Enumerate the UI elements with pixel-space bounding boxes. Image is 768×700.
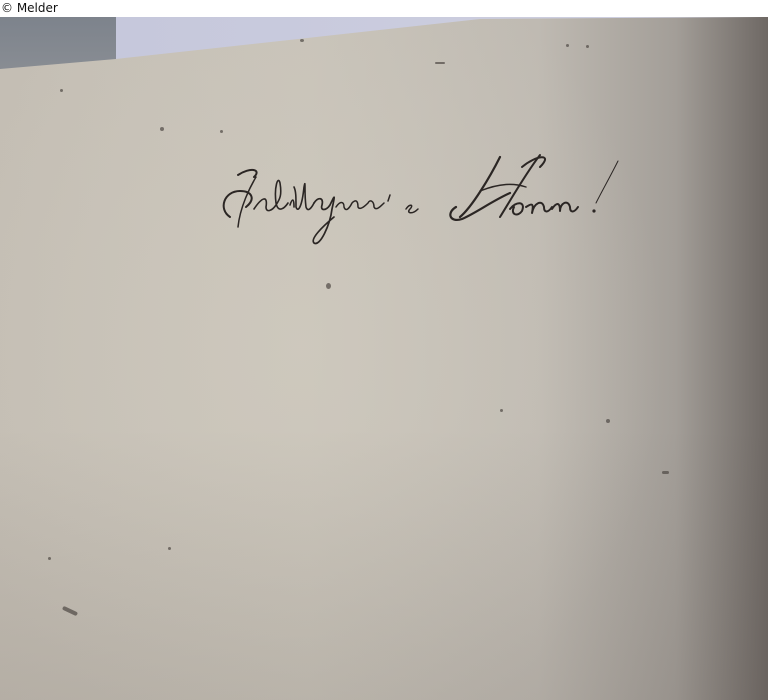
paper-page: Schillehrer e Horn! [0,17,768,700]
paper-speck [160,127,164,131]
paper-speck [300,39,304,42]
copyright-caption: © Melder [0,0,768,17]
paper-speck [435,62,445,64]
paper-speck [586,45,589,48]
paper-speck [168,547,171,550]
paper-speck [500,409,503,412]
photo: Schillehrer e Horn! [0,17,768,700]
paper-speck [60,89,63,92]
paper-speck [48,557,51,560]
signature-ink-icon [210,147,630,257]
handwritten-signature: Schillehrer e Horn! [210,147,630,257]
paper-speck [326,283,331,289]
paper-speck [662,471,669,474]
paper-speck [220,130,223,133]
paper-speck [566,44,569,47]
paper-speck [62,606,78,616]
paper-speck [606,419,610,423]
